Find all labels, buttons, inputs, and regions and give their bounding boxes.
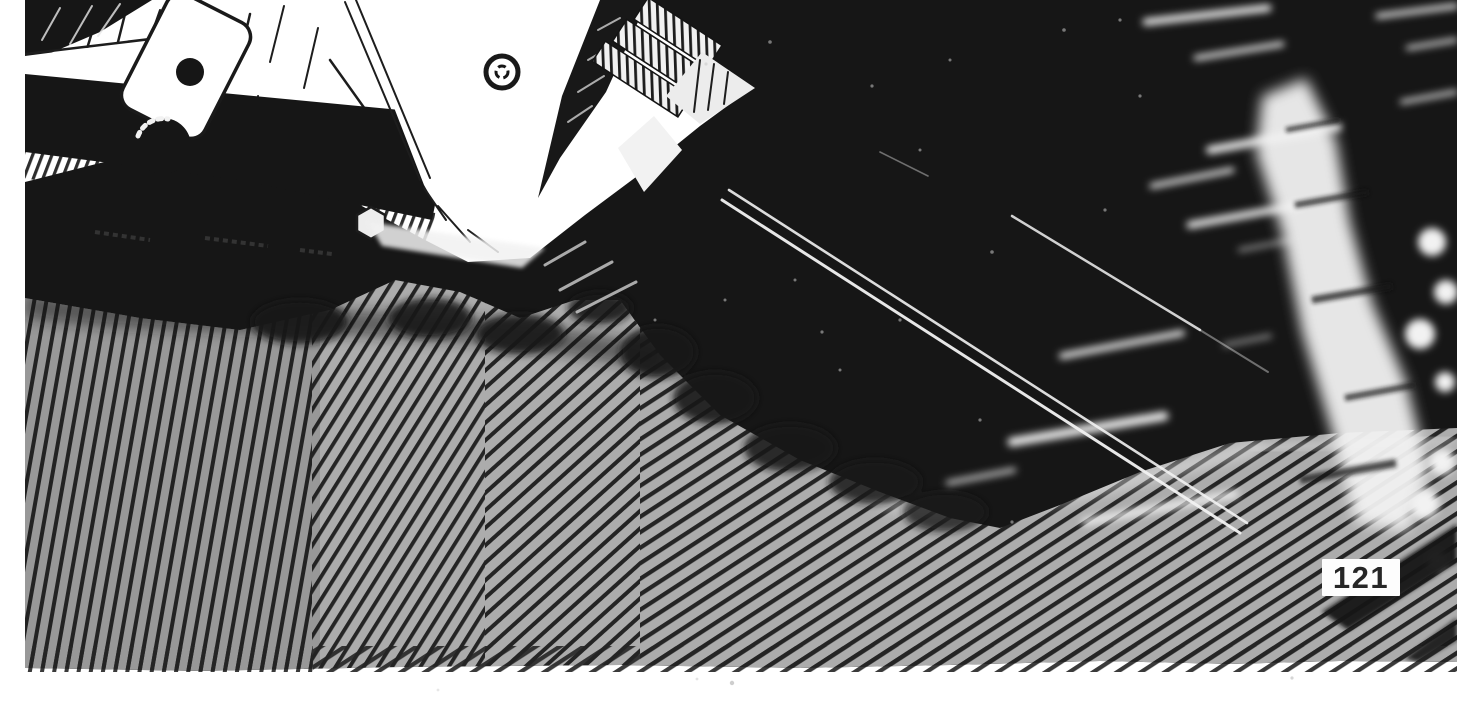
shadow-blob [388, 298, 472, 338]
edge-blob [1418, 228, 1446, 256]
bolt-head [486, 56, 518, 88]
shadow-blob [829, 460, 921, 504]
margin-marks [437, 676, 1294, 691]
edge-blob [1429, 449, 1455, 475]
fringe-left [25, 646, 313, 672]
shadow-blob [252, 300, 348, 344]
page-number-box: 121 [1322, 559, 1400, 596]
shadow-blob [568, 292, 632, 324]
bottom-fringe [25, 646, 1457, 672]
panel-svg: 121 [0, 0, 1479, 708]
edge-blob [1434, 280, 1458, 304]
fringe-right [313, 646, 1457, 672]
ground-shade-left [20, 285, 320, 677]
panel-artwork [0, 0, 1479, 708]
edge-blob [1405, 319, 1435, 349]
shadow-blob [673, 372, 757, 424]
shadow-blob [476, 314, 564, 354]
shadow-blob [744, 424, 836, 472]
page-number: 121 [1333, 560, 1389, 595]
shadow-blob [620, 326, 696, 378]
edge-blob [1435, 372, 1455, 392]
manga-page: 121 [0, 0, 1479, 708]
edge-blob [1409, 489, 1439, 519]
shadow-blob [903, 492, 987, 532]
bracket-hole [176, 58, 204, 86]
